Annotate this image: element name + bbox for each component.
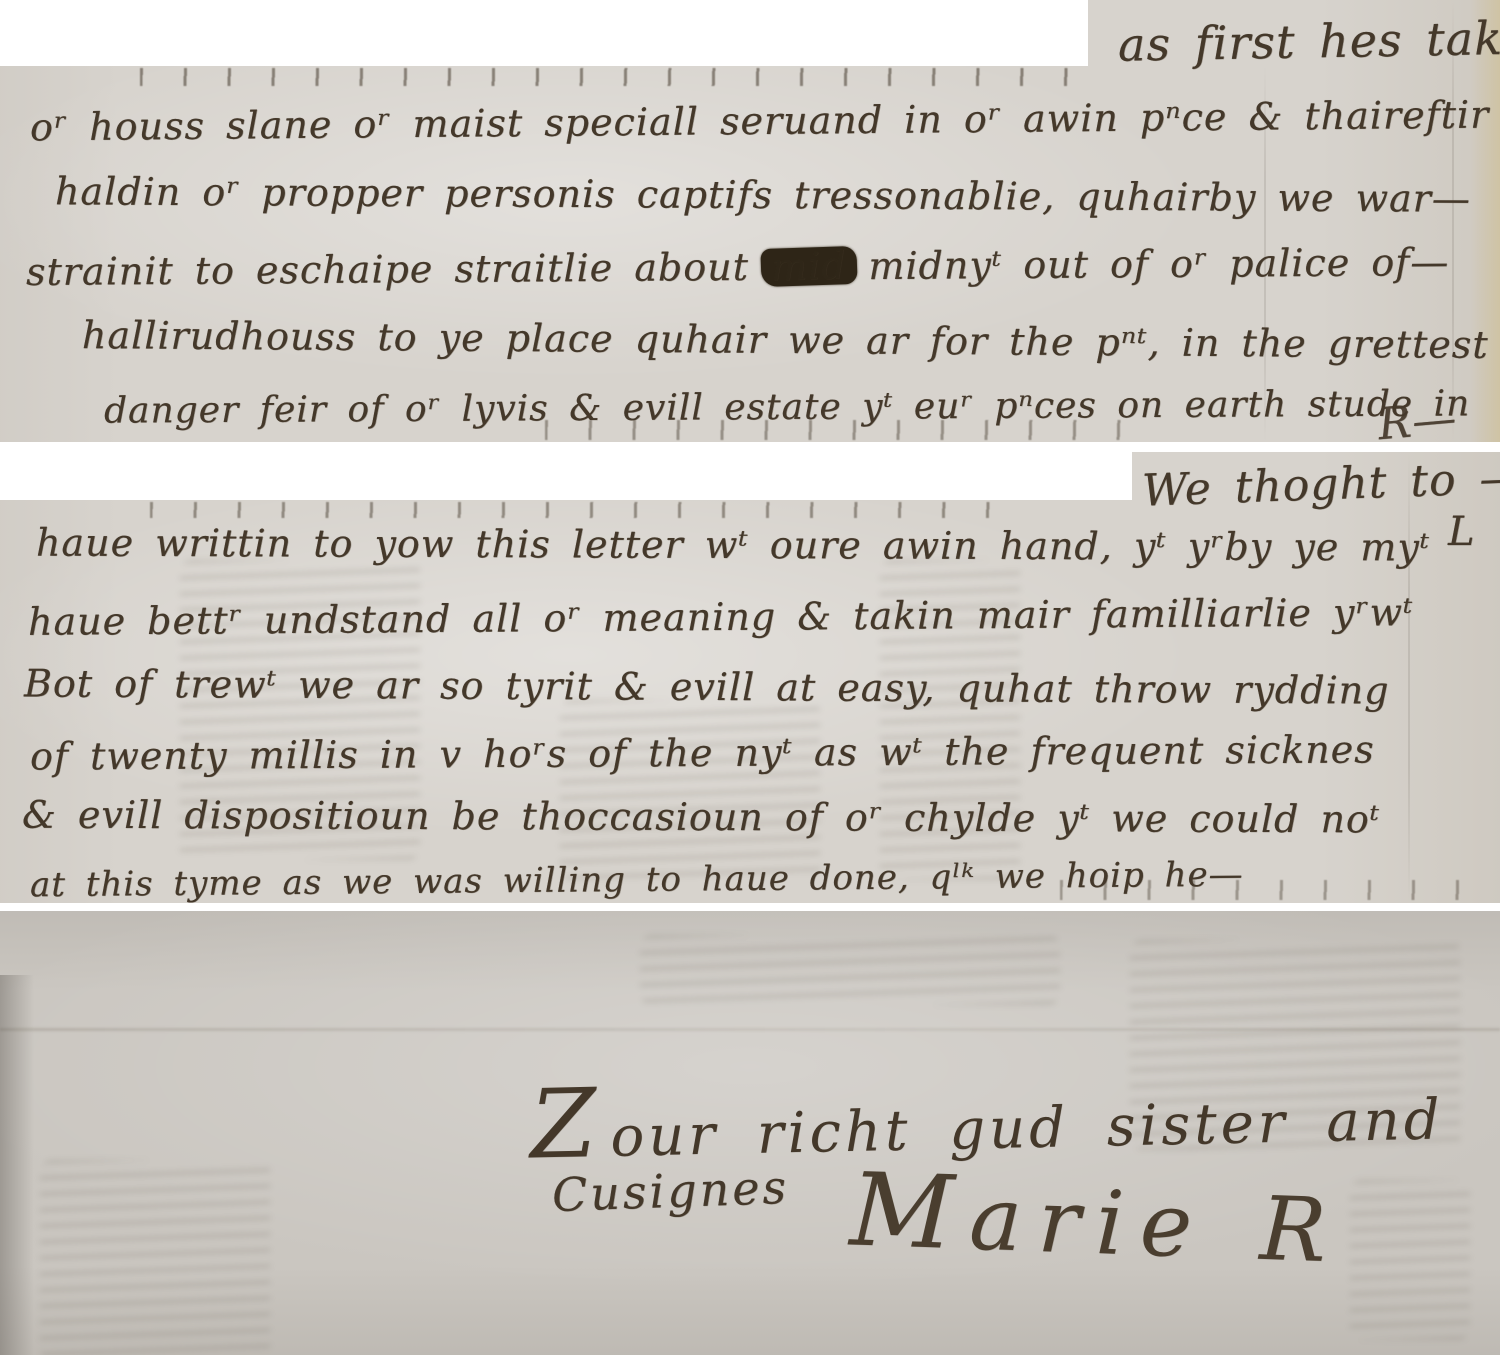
strikethrough-blot: mid: [760, 246, 857, 287]
crop-notch-top-left: [0, 0, 1088, 66]
handwritten-line: danger feir of oʳ lyvis & evill estate y…: [104, 380, 1471, 436]
handwritten-line: of twenty millis in v hoʳs of the nyᵗ as…: [30, 724, 1375, 782]
fold-crease: [1408, 452, 1410, 903]
show-through-smudge: [40, 1160, 270, 1355]
handwritten-line: as first hes takin: [1117, 6, 1500, 76]
handwritten-line: We thoght to —: [1141, 448, 1500, 521]
manuscript-photo: as first hes takin oʳ houss slane oʳ mai…: [0, 0, 1500, 1355]
handwritten-line: haldin oʳ propper personis captifs tress…: [55, 166, 1471, 225]
handwritten-line: haue writtin to yow this letter wᵗ oure …: [36, 518, 1430, 574]
handwritten-line: strainit to eschaipe straitlie about mid…: [26, 237, 1450, 298]
handwritten-line: Bot of trewᵗ we ar so tyrit & evill at e…: [24, 658, 1390, 716]
crop-notch-middle-left: [0, 452, 1132, 500]
line-segment: midnyᵗ out of oʳ palice of—: [868, 237, 1449, 292]
paper-edge-shadow: [0, 975, 34, 1355]
signature-marie-r: Marie R: [848, 1141, 1345, 1295]
pen-flourish: R—: [1376, 389, 1460, 455]
margin-mark: L: [1448, 505, 1476, 559]
handwritten-line: haue bettʳ undstand all oʳ meaning & tak…: [28, 587, 1414, 648]
handwritten-line: & evill dispositioun be thoccasioun of o…: [22, 790, 1380, 846]
handwritten-line: hallirudhouss to ye place quhair we ar f…: [82, 310, 1489, 371]
show-through-smudge: [1350, 1180, 1470, 1340]
ink-stroke-fragments: [150, 502, 1030, 518]
line-segment: strainit to eschaipe straitlie about: [26, 242, 749, 298]
closing-word: Cusignes: [551, 1156, 790, 1226]
show-through-smudge: [640, 935, 1060, 1005]
ink-stroke-fragments: [140, 68, 1090, 86]
